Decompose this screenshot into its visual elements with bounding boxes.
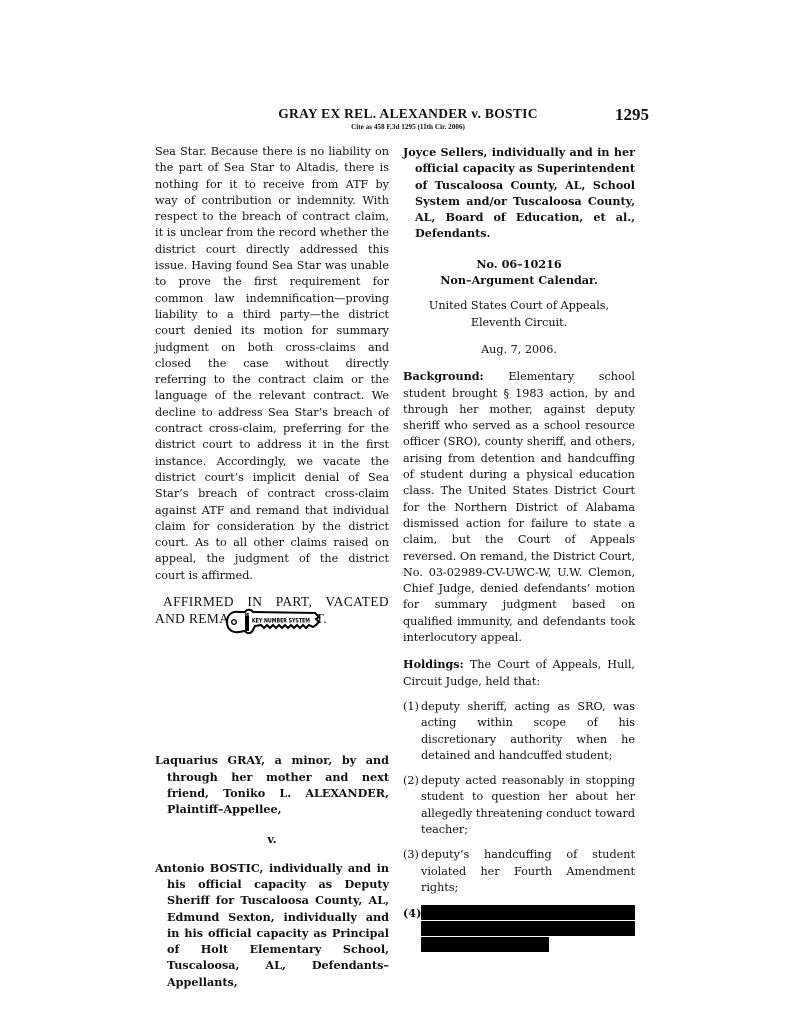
defendant-party: Antonio BOSTIC, individually and in his …: [155, 860, 389, 990]
versus-label: v.: [155, 831, 389, 847]
opinion-text: Sea Star. Because there is no liability …: [155, 144, 389, 584]
background-section: Background: Elementary school student br…: [403, 368, 635, 646]
left-column: Sea Star. Because there is no liability …: [155, 144, 389, 990]
holding-text: deputy’s handcuffing of student violated…: [421, 847, 635, 896]
docket-number: No. 06–10216: [403, 256, 635, 272]
court-circuit: Eleventh Circuit.: [403, 315, 635, 331]
holding-item-redacted: (4): [403, 905, 635, 953]
holding-number: (4): [403, 905, 421, 953]
holding-item: (3) deputy’s handcuffing of student viol…: [403, 847, 635, 896]
svg-text:WEST: WEST: [242, 613, 251, 617]
right-column: Joyce Sellers, individually and in her o…: [403, 144, 635, 953]
holding-item: (1) deputy sheriff, acting as SRO, was a…: [403, 699, 635, 764]
logo-spacer: [155, 627, 389, 752]
citation-line: Cite as 458 F.3d 1295 (11th Cir. 2006): [150, 123, 666, 131]
court-name: United States Court of Appeals,: [403, 298, 635, 314]
holdings-label: Holdings:: [403, 657, 464, 671]
holdings-section: Holdings: The Court of Appeals, Hull, Ci…: [403, 656, 635, 690]
redaction-bar: [421, 921, 635, 936]
key-number-system-icon: WEST KEY NUMBER SYSTEM: [223, 608, 323, 636]
background-label: Background:: [403, 369, 484, 383]
holding-text: deputy acted reasonably in stopping stud…: [421, 773, 635, 838]
page-number: 1295: [615, 105, 649, 125]
running-head: GRAY EX REL. ALEXANDER v. BOSTIC Cite as…: [150, 106, 666, 131]
decision-date: Aug. 7, 2006.: [403, 342, 635, 358]
holding-number: (2): [403, 773, 421, 838]
holding-item: (2) deputy acted reasonably in stopping …: [403, 773, 635, 838]
background-text: Elementary school student brought § 1983…: [403, 370, 635, 644]
case-caption-header: GRAY EX REL. ALEXANDER v. BOSTIC: [150, 106, 666, 122]
redaction-bar: [421, 905, 635, 920]
holding-number: (1): [403, 699, 421, 764]
defendant-party-continued: Joyce Sellers, individually and in her o…: [403, 144, 635, 242]
plaintiff-party: Laquarius GRAY, a minor, by and through …: [155, 752, 389, 817]
redaction-block: [421, 905, 635, 953]
document-page: GRAY EX REL. ALEXANDER v. BOSTIC Cite as…: [0, 0, 791, 1024]
calendar-type: Non–Argument Calendar.: [403, 272, 635, 288]
key-logo-label: KEY NUMBER SYSTEM: [252, 617, 310, 625]
redaction-bar: [421, 937, 549, 952]
holding-text: deputy sheriff, acting as SRO, was actin…: [421, 699, 635, 764]
holding-number: (3): [403, 847, 421, 896]
